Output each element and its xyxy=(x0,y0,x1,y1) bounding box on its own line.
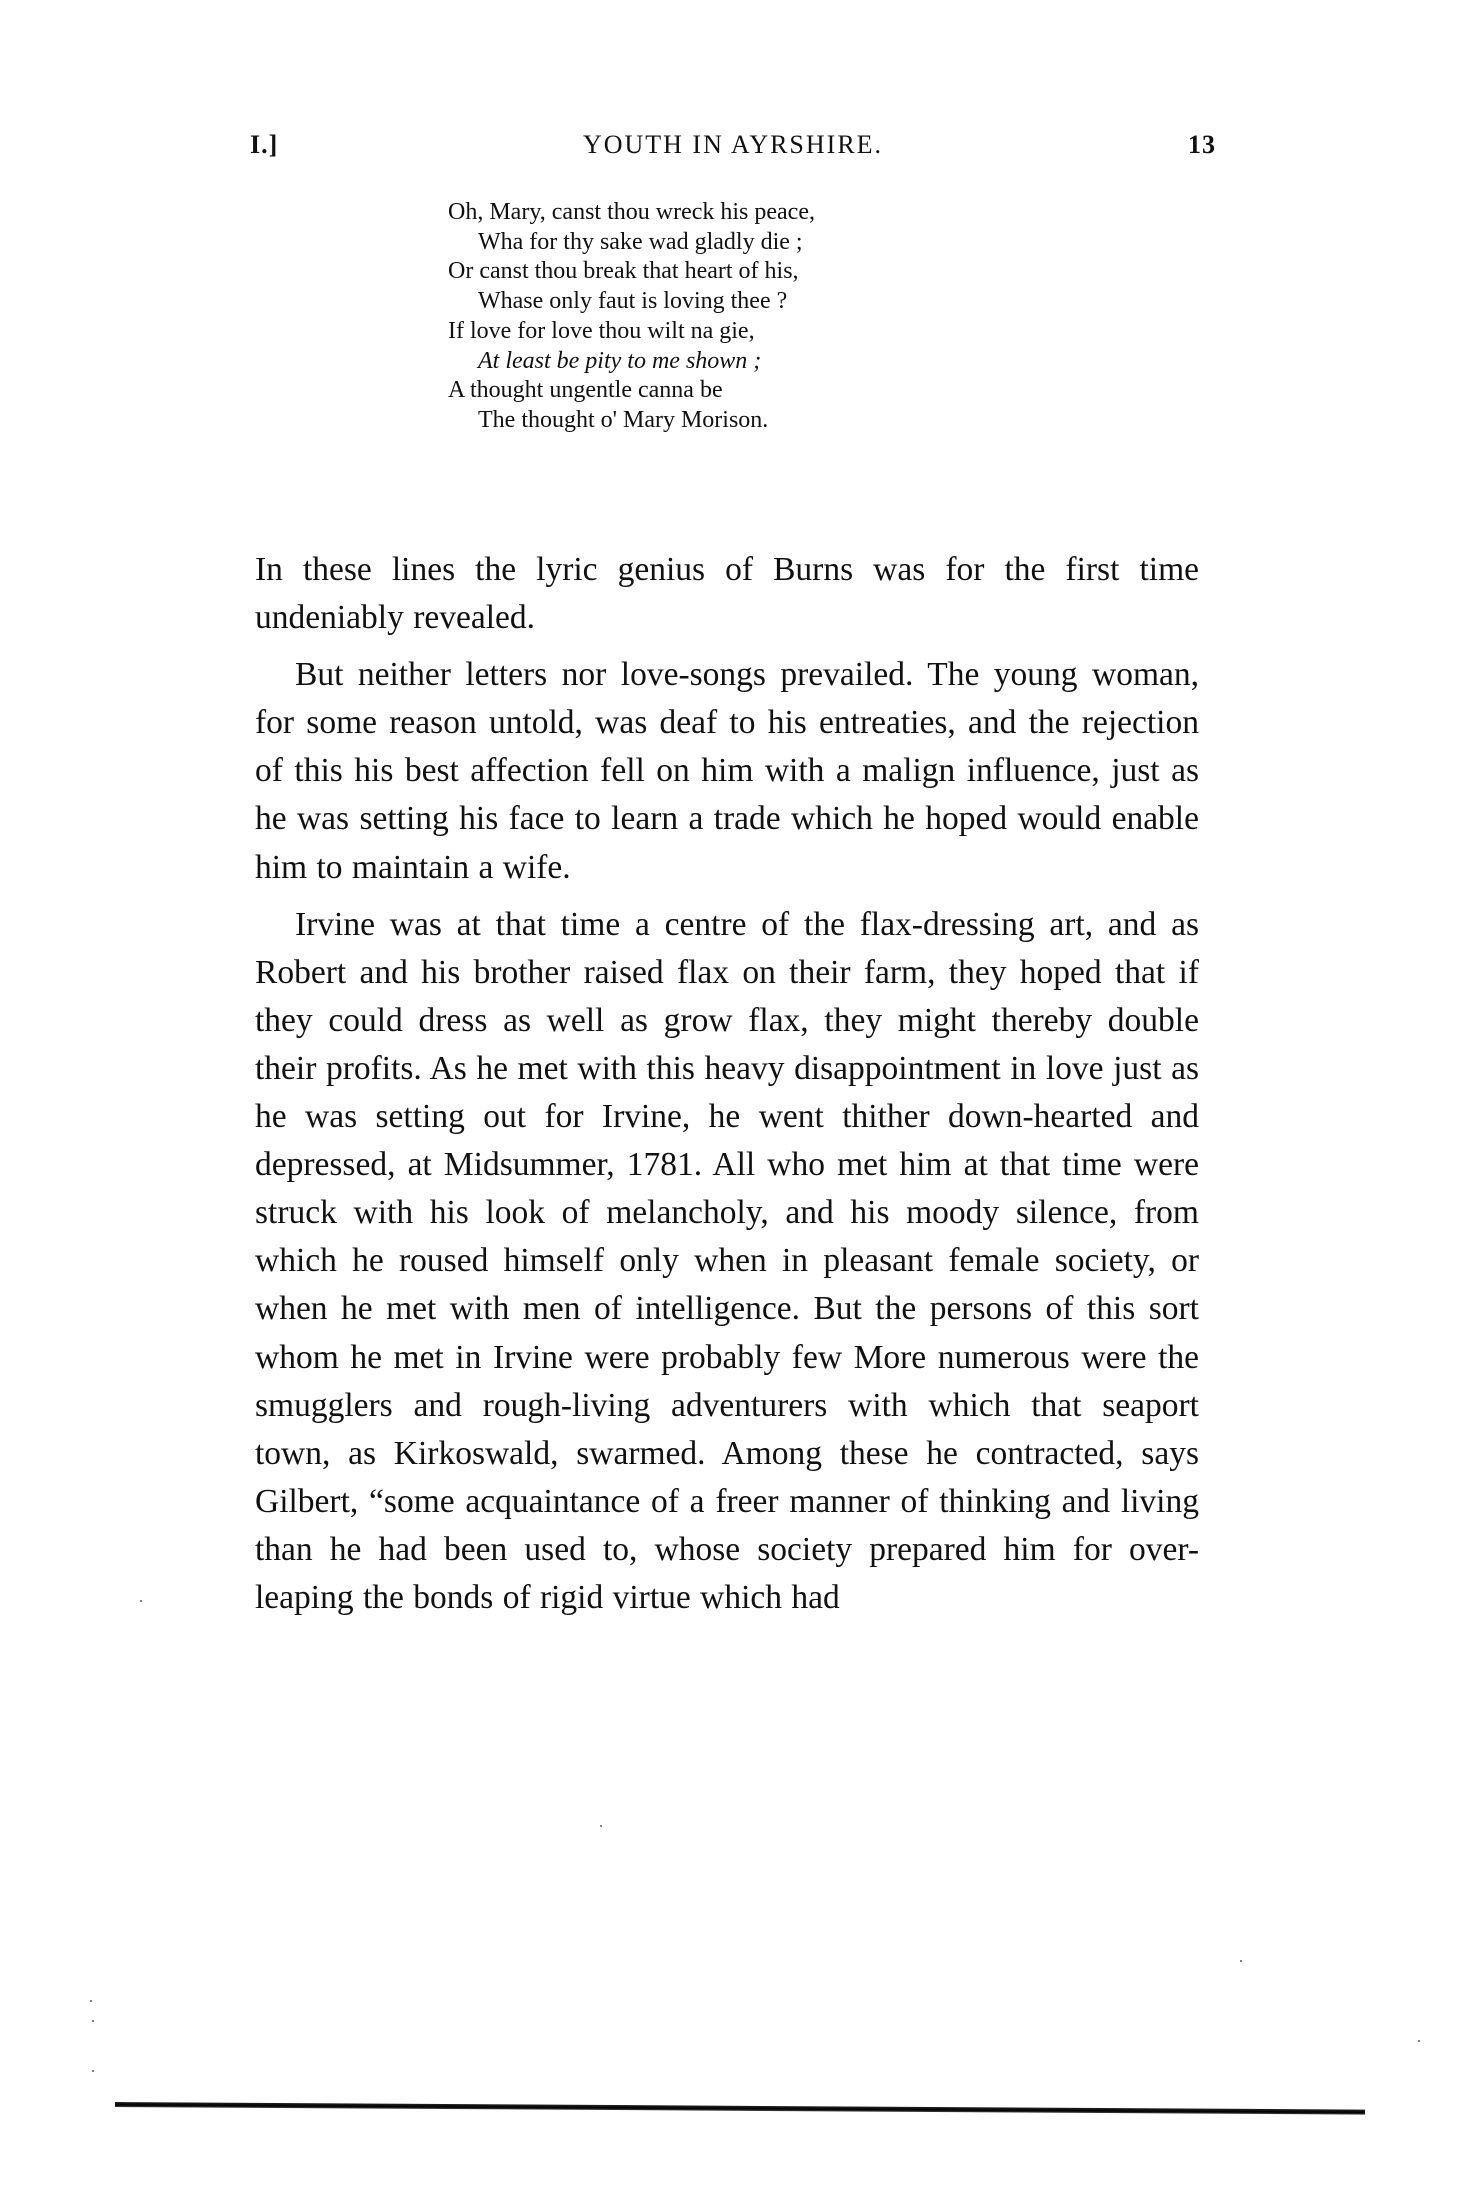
scan-speck xyxy=(90,2000,92,2002)
running-title: YOUTH IN AYRSHIRE. xyxy=(250,130,1216,160)
scan-speck xyxy=(600,1825,602,1827)
paragraph: But neither letters nor love-songs preva… xyxy=(255,651,1199,891)
poem-line: The thought o' Mary Morison. xyxy=(448,406,1008,436)
poem-line: Wha for thy sake wad gladly die ; xyxy=(448,228,1008,258)
poem-stanza: Oh, Mary, canst thou wreck his peace, Wh… xyxy=(448,198,1008,436)
paragraph: Irvine was at that time a centre of the … xyxy=(255,901,1199,1622)
paragraph: In these lines the lyric genius of Burns… xyxy=(255,546,1199,642)
poem-line: Oh, Mary, canst thou wreck his peace, xyxy=(448,198,1008,228)
scan-speck xyxy=(92,2070,94,2072)
scan-speck xyxy=(1418,2040,1420,2042)
poem-line: A thought ungentle canna be xyxy=(448,376,1008,406)
page-number: 13 xyxy=(1188,130,1216,160)
scan-speck xyxy=(1240,1960,1242,1962)
book-page: I.] YOUTH IN AYRSHIRE. 13 Oh, Mary, cans… xyxy=(0,0,1469,2203)
scan-speck xyxy=(92,2020,94,2022)
poem-line: Or canst thou break that heart of his, xyxy=(448,257,1008,287)
poem-line: At least be pity to me shown ; xyxy=(448,347,1008,377)
page-edge-rule xyxy=(115,2102,1365,2115)
scan-speck xyxy=(140,1600,142,1602)
poem-line: If love for love thou wilt na gie, xyxy=(448,317,1008,347)
running-head: I.] YOUTH IN AYRSHIRE. 13 xyxy=(250,130,1216,170)
body-text: In these lines the lyric genius of Burns… xyxy=(255,546,1199,1631)
poem-line: Whase only faut is loving thee ? xyxy=(448,287,1008,317)
